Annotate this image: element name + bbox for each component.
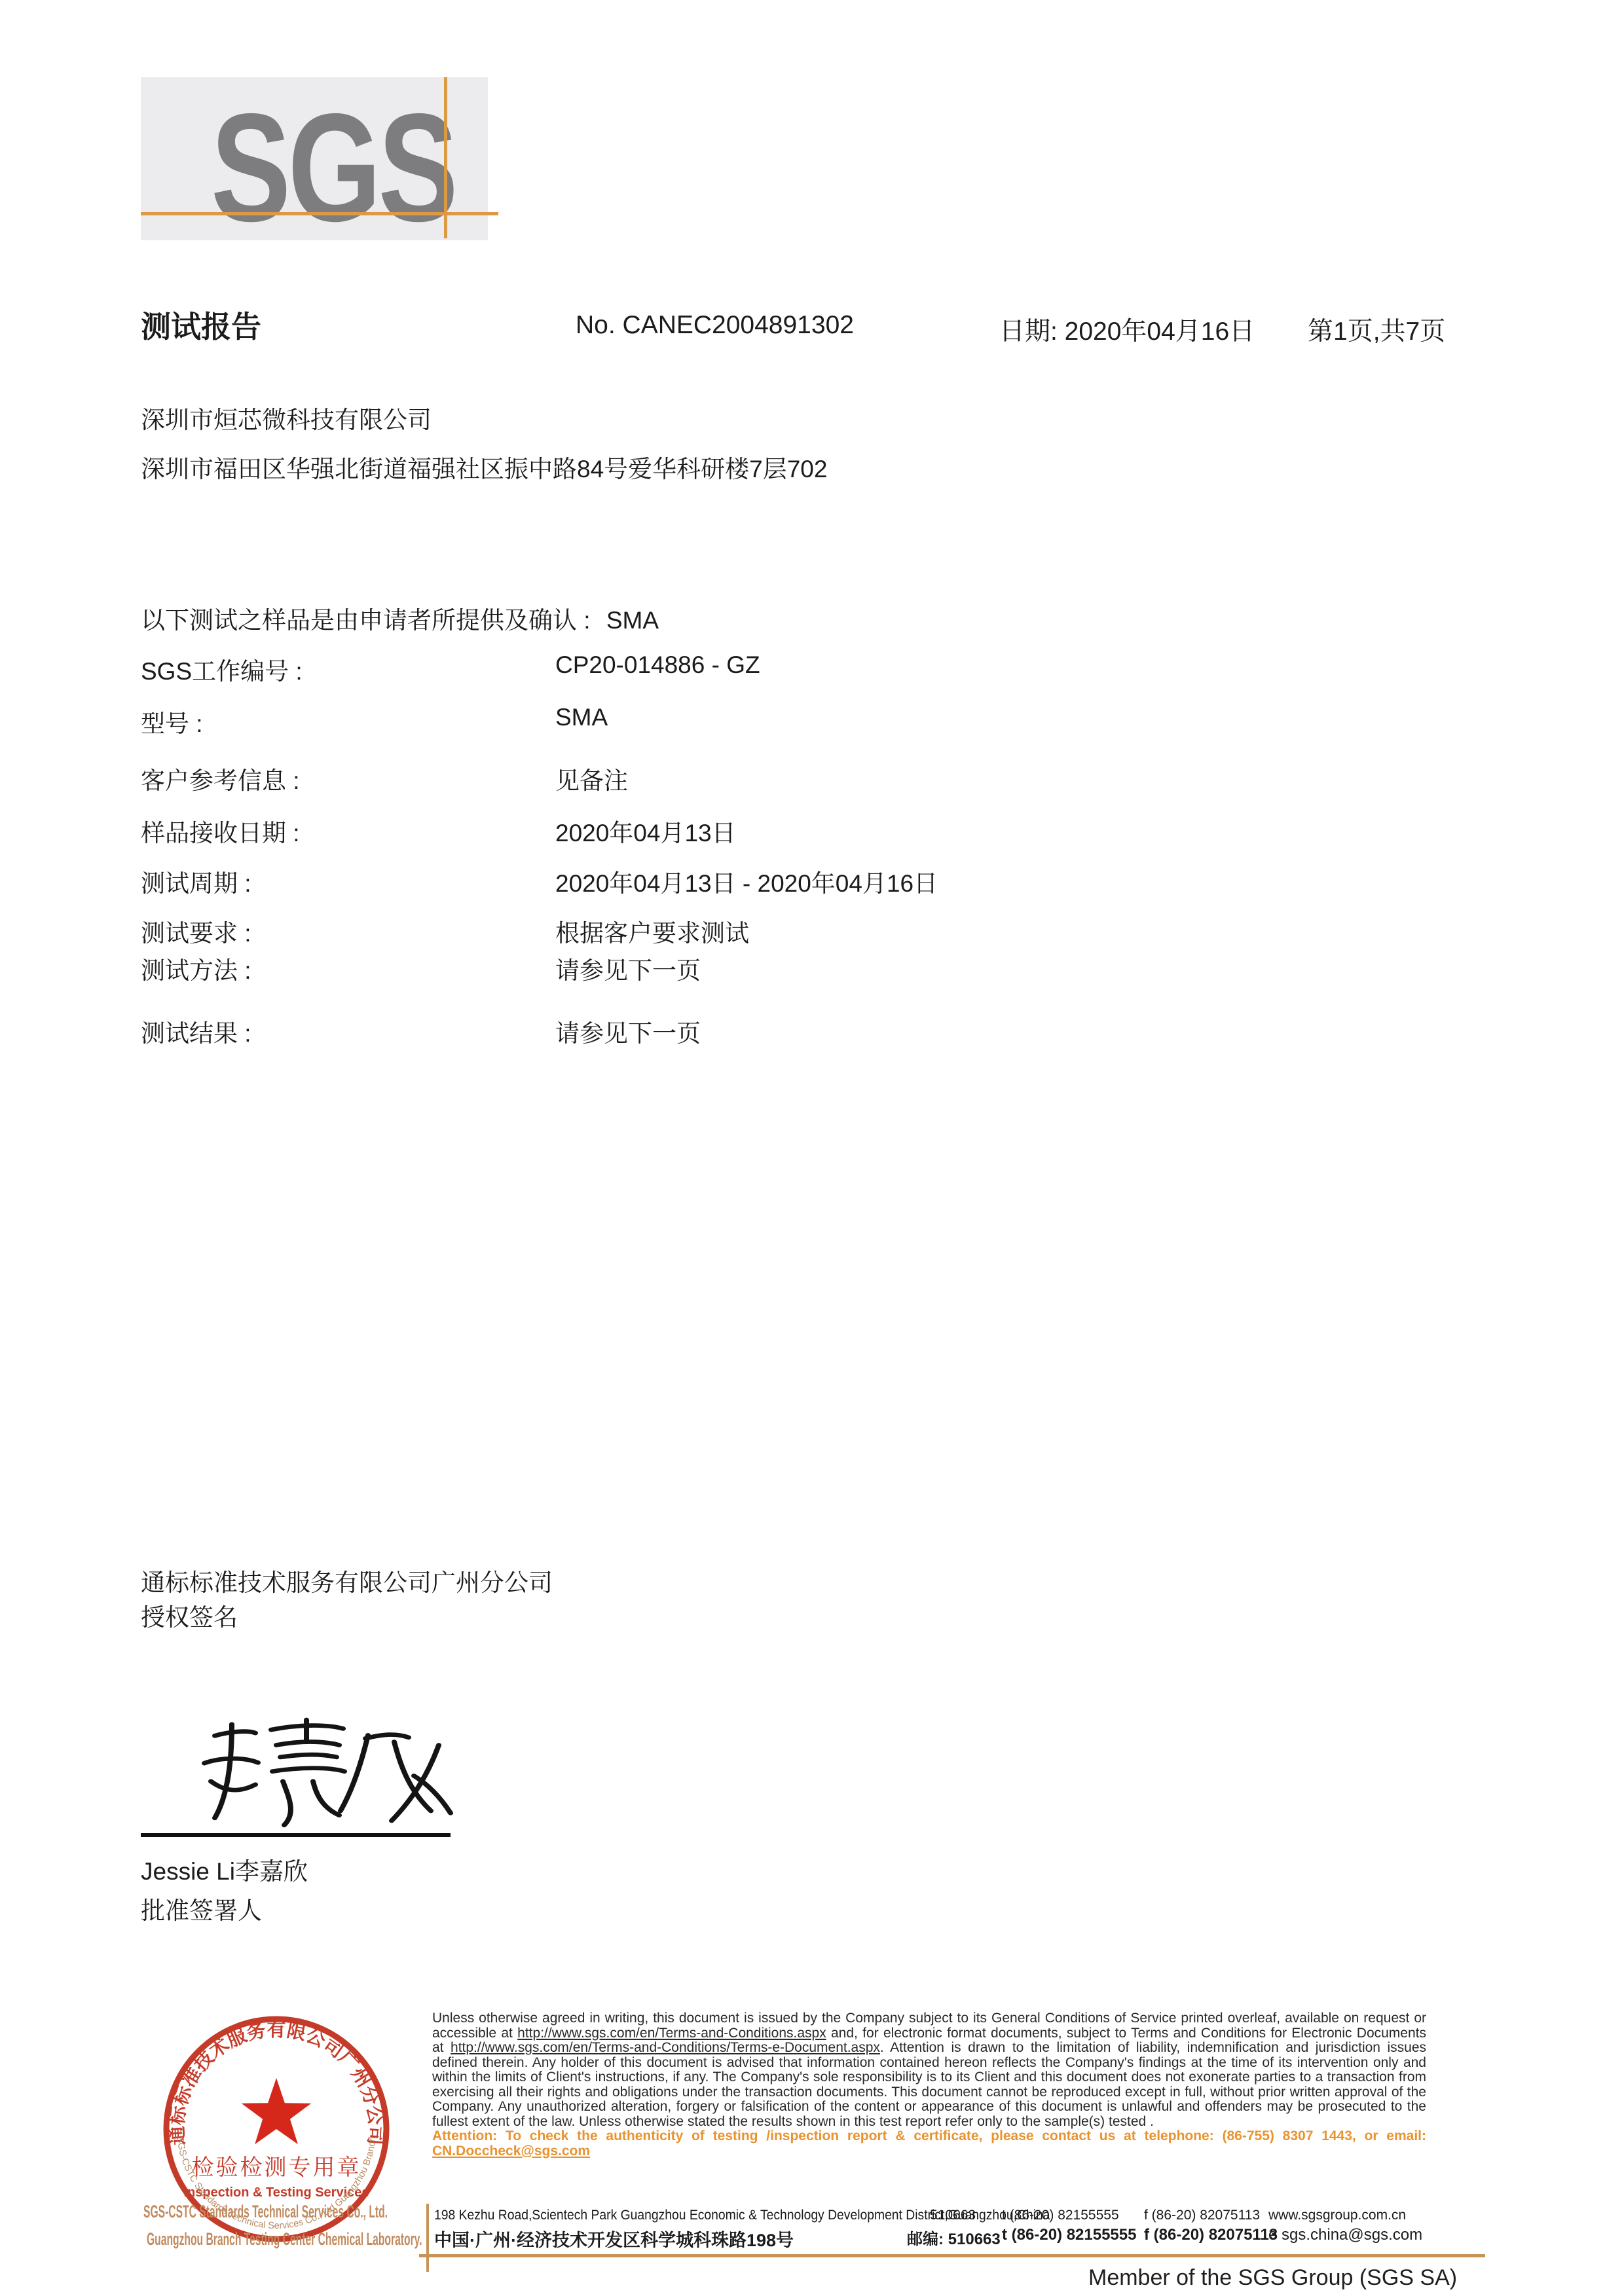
report-date: 日期: 2020年04月16日: [999, 311, 1255, 348]
signer-role: 批准签署人: [141, 1891, 262, 1926]
lab-name-line1: SGS-CSTC Standards Technical Services Co…: [143, 2202, 388, 2222]
field-value: 请参见下一页: [555, 1013, 701, 1049]
field-label: 型号 :: [141, 704, 203, 739]
footer-tel: t (86-20) 82155555: [1002, 2226, 1136, 2244]
footer-tel: t (86-20) 82155555: [1002, 2208, 1119, 2223]
authorized-signature-label: 授权签名: [141, 1597, 238, 1633]
applicant-address: 深圳市福田区华强北街道福强社区振中路84号爱华科研楼7层702: [141, 449, 827, 484]
lab-name-line2: Guangzhou Branch Testing Center Chemical…: [147, 2229, 422, 2250]
field-label: 测试周期 :: [141, 864, 251, 899]
logo-vertical-line: [444, 77, 447, 238]
attention-note: Attention: To check the authenticity of …: [432, 2129, 1426, 2159]
footer-address-cn: 中国·广州·经济技术开发区科学城科珠路198号: [434, 2226, 794, 2251]
field-value: 根据客户要求测试: [555, 913, 749, 949]
report-number: No. CANEC2004891302: [576, 311, 854, 340]
stamp-center-label: 检验检测专用章: [192, 2155, 361, 2180]
signature-line: [141, 1833, 451, 1837]
terms-e-doc-url: http://www.sgs.com/en/Terms-and-Conditio…: [451, 2040, 880, 2055]
footer-website: www.sgsgroup.com.cn: [1268, 2208, 1406, 2223]
field-value: CP20-014886 - GZ: [555, 651, 760, 679]
signer-name: Jessie Li李嘉欣: [141, 1851, 308, 1887]
applicant-name: 深圳市烜芯微科技有限公司: [141, 400, 432, 435]
footer-email: e sgs.china@sgs.com: [1268, 2226, 1422, 2244]
field-value: 2020年04月13日: [555, 813, 736, 848]
footer-postal-en: 510663: [930, 2208, 976, 2223]
report-page: SGS 测试报告 No. CANEC2004891302 日期: 2020年04…: [0, 0, 1624, 2296]
footer-divider: [419, 2254, 1485, 2257]
field-label: 测试要求 :: [141, 913, 251, 949]
sample-confirmation-label: 以下测试之样品是由申请者所提供及确认 :: [141, 607, 591, 634]
terms-url: http://www.sgs.com/en/Terms-and-Conditio…: [517, 2026, 826, 2041]
address-separator-vertical: [426, 2204, 429, 2272]
member-note: Member of the SGS Group (SGS SA): [1088, 2265, 1457, 2291]
field-label: SGS工作编号 :: [141, 651, 303, 687]
field-label: 测试结果 :: [141, 1013, 251, 1049]
field-label: 测试方法 :: [141, 951, 251, 986]
sample-confirmation: 以下测试之样品是由申请者所提供及确认 : SMA: [141, 600, 659, 636]
field-label: 客户参考信息 :: [141, 761, 300, 796]
footer-postal-cn: 邮编: 510663: [907, 2226, 1001, 2249]
page-indicator: 第1页,共7页: [1308, 311, 1445, 348]
field-value: 2020年04月13日 - 2020年04月16日: [555, 864, 938, 899]
field-label: 样品接收日期 :: [141, 813, 300, 848]
legal-disclaimer: Unless otherwise agreed in writing, this…: [432, 2011, 1426, 2159]
issuer-company: 通标标准技术服务有限公司广州分公司: [141, 1563, 553, 1598]
page-title: 测试报告: [141, 303, 261, 346]
footer-fax: f (86-20) 82075113: [1144, 2208, 1260, 2223]
field-value: SMA: [555, 704, 608, 731]
sample-confirmation-value: SMA: [606, 607, 659, 634]
doccheck-email: CN.Doccheck@sgs.com: [432, 2143, 590, 2159]
field-value: 请参见下一页: [555, 951, 701, 986]
sgs-logo-text: SGS: [211, 90, 455, 244]
legal-paragraph: Unless otherwise agreed in writing, this…: [432, 2011, 1426, 2129]
stamp-star: [242, 2078, 312, 2144]
field-value: 见备注: [555, 761, 628, 796]
handwritten-signature: [174, 1717, 475, 1834]
footer-fax: f (86-20) 82075113: [1144, 2226, 1278, 2244]
attention-text: Attention: To check the authenticity of …: [432, 2128, 1426, 2143]
